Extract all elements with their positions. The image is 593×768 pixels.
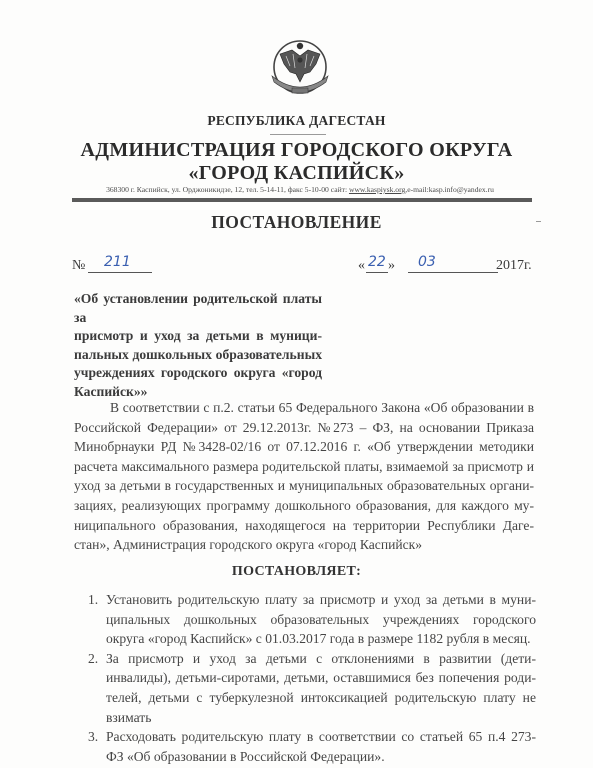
preamble-line: ниципального образования, находящегося н…	[74, 516, 534, 536]
preamble-line: зациях, реализующих программу дошкольног…	[74, 496, 534, 516]
date-month: 03	[418, 254, 436, 270]
header-divider	[72, 198, 532, 202]
date-month-underline	[408, 272, 498, 273]
number-label: №	[72, 258, 85, 274]
item-line: округа «город Каспийск» с 01.03.2017 год…	[106, 629, 536, 649]
divider	[270, 134, 326, 135]
item-number: 1.	[88, 590, 98, 610]
preamble-line: уход за детьми в государственных и муниц…	[74, 476, 534, 496]
resolution-title: «Об установлении родительской платы за п…	[74, 290, 322, 402]
document-number: 211	[104, 254, 131, 270]
title-line: учреждениях городского округа «город	[74, 364, 322, 383]
item-line: инвалиды), детьми-сиротами, детьми, оста…	[106, 668, 536, 688]
preamble-paragraph: В соответствии с п.2. статьи 65 Федераль…	[74, 398, 534, 555]
title-line: присмотр и уход за детьми в муници-	[74, 327, 322, 346]
date-day-underline	[366, 272, 388, 273]
item-number: 3.	[88, 727, 98, 747]
item-line: телей, детьми с туберкулезной интоксикац…	[106, 688, 536, 708]
website-link[interactable]: www.kaspiysk.org	[349, 185, 405, 194]
resolution-items: 1. Установить родительскую плату за прис…	[88, 590, 536, 766]
list-item-3: 3. Расходовать родительскую плату в соот…	[88, 727, 536, 766]
preamble-line: стан», Администрация городского округа «…	[74, 535, 534, 555]
title-line: «Об установлении родительской платы за	[74, 290, 322, 327]
number-underline	[88, 272, 152, 273]
list-item-2: 2. За присмотр и уход за детьми с отклон…	[88, 649, 536, 727]
date-open-quote: «	[358, 258, 365, 274]
list-item-1: 1. Установить родительскую плату за прис…	[88, 590, 536, 649]
administration-title-line2: «ГОРОД КАСПИЙСК»	[0, 162, 593, 185]
item-line: Установить родительскую плату за присмот…	[106, 590, 536, 610]
item-line: ципальных дошкольных образовательных учр…	[106, 610, 536, 630]
item-line: ФЗ «Об образовании в Российской Федераци…	[106, 747, 536, 767]
address-line: 368300 г. Каспийск, ул. Орджоникидзе, 12…	[60, 185, 540, 194]
item-line: За присмотр и уход за детьми с отклонени…	[106, 649, 536, 669]
item-line: Расходовать родительскую плату в соответ…	[106, 727, 536, 747]
resolves-heading: ПОСТАНОВЛЯЕТ:	[0, 564, 593, 580]
preamble-line: Минобрнауки РД №3428-02/16 от 07.12.2016…	[74, 437, 534, 457]
address-text: 368300 г. Каспийск, ул. Орджоникидзе, 12…	[106, 185, 349, 194]
administration-title-line1: АДМИНИСТРАЦИЯ ГОРОДСКОГО ОКРУГА	[0, 139, 593, 162]
email-text: ,e-mail:kasp.info@yandex.ru	[405, 185, 494, 194]
date-close-quote: »	[388, 258, 395, 274]
title-line: пальных дошкольных образовательных	[74, 346, 322, 365]
document-type-title: ПОСТАНОВЛЕНИЕ	[0, 212, 593, 233]
republic-name: РЕСПУБЛИКА ДАГЕСТАН	[0, 113, 593, 129]
document-page: РЕСПУБЛИКА ДАГЕСТАН АДМИНИСТРАЦИЯ ГОРОДС…	[0, 0, 593, 768]
preamble-line: Российской Федерации» от 29.12.2013г. №2…	[74, 418, 534, 438]
item-line: взимать	[106, 708, 536, 728]
coat-of-arms-icon	[266, 36, 334, 98]
date-day: 22	[368, 254, 386, 270]
preamble-line: расчета максимального размера родительск…	[74, 457, 534, 477]
date-year: 2017г.	[496, 258, 532, 274]
item-number: 2.	[88, 649, 98, 669]
preamble-line: В соответствии с п.2. статьи 65 Федераль…	[74, 398, 534, 418]
